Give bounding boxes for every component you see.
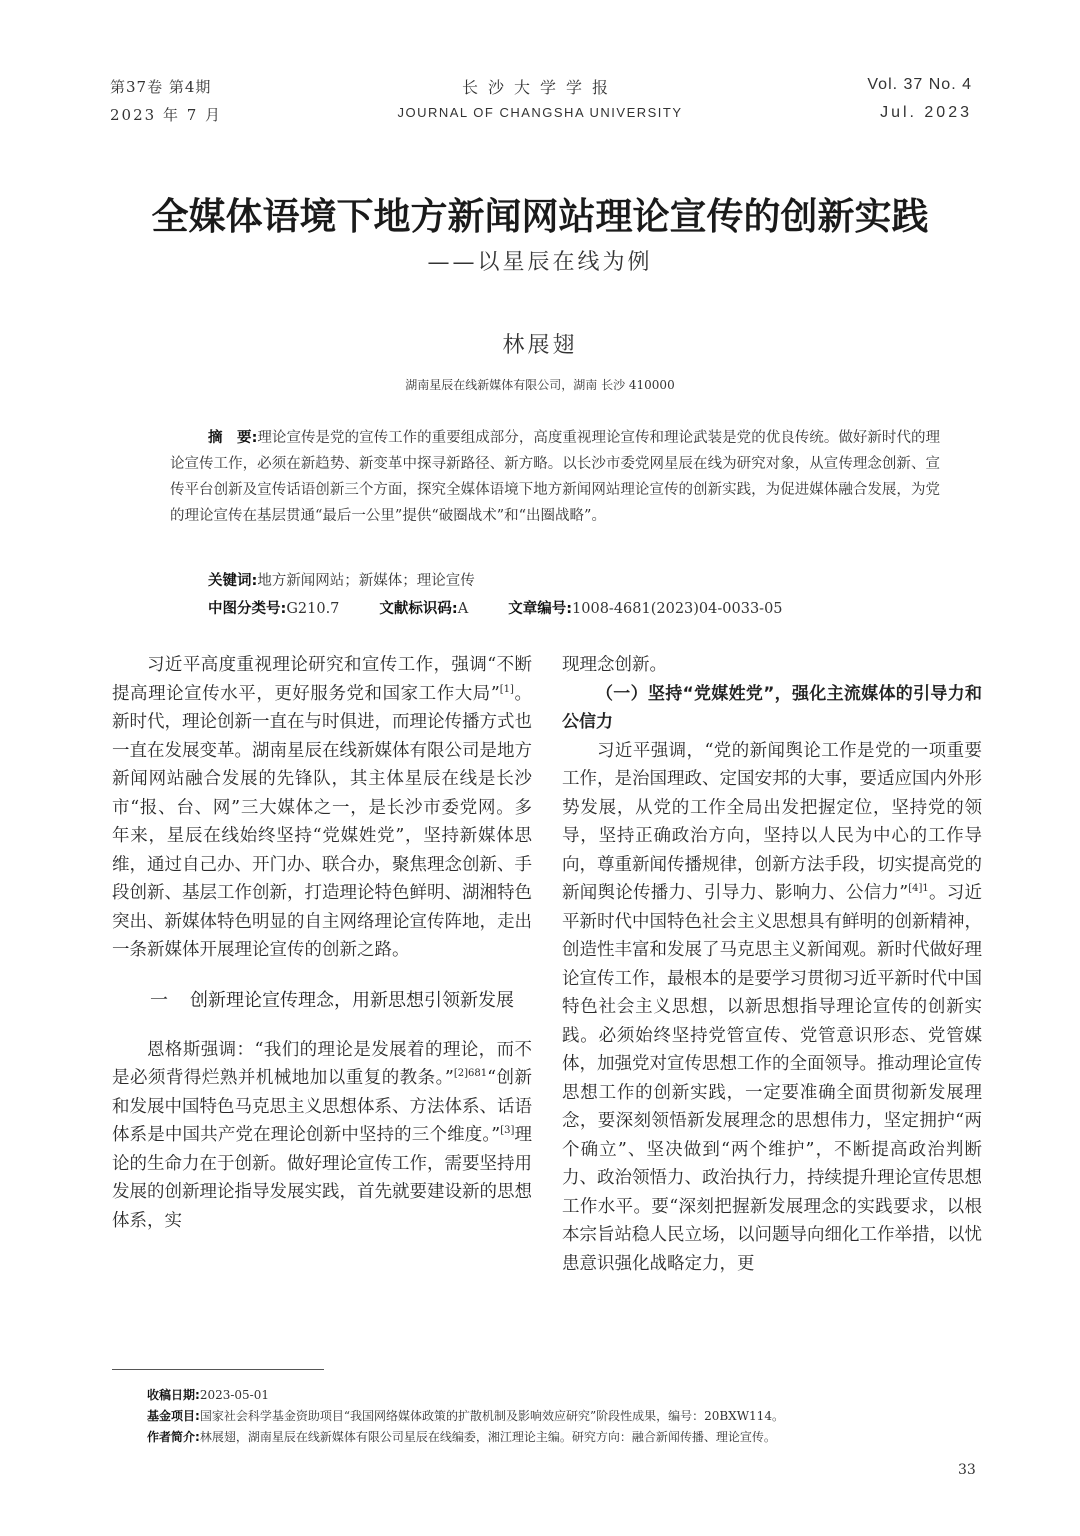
abstract-label: 摘 要: bbox=[208, 430, 257, 446]
received-date: 收稿日期:2023-05-01 bbox=[147, 1385, 784, 1406]
article-subtitle: ——以星辰在线为例 bbox=[0, 245, 1080, 276]
fund-project: 基金项目:国家社会科学基金资助项目“我国网络媒体政策的扩散机制及影响效应研究”阶… bbox=[147, 1406, 784, 1427]
citation: [1] bbox=[500, 684, 514, 695]
clc-label: 中图分类号: bbox=[208, 601, 286, 617]
header-volume-en: Vol. 37 No. 4 bbox=[867, 76, 972, 94]
page-number: 33 bbox=[958, 1462, 976, 1478]
header-date-en: Jul. 2023 bbox=[880, 104, 972, 122]
citation: [2]681 bbox=[454, 1068, 487, 1079]
article-no-value: 1008-4681(2023)04-0033-05 bbox=[572, 601, 783, 617]
body-column-right: 现理念创新。 （一）坚持“党媒姓党”，强化主流媒体的引导力和公信力 习近平强调，… bbox=[562, 651, 982, 1278]
footnotes: 收稿日期:2023-05-01 基金项目:国家社会科学基金资助项目“我国网络媒体… bbox=[147, 1385, 784, 1448]
classification-line: 中图分类号:G210.7文献标识码:A文章编号:1008-4681(2023)0… bbox=[208, 597, 783, 618]
author-bio: 作者简介:林展翅，湖南星辰在线新媒体有限公司星辰在线编委，湘江理论主编。研究方向… bbox=[147, 1427, 784, 1448]
author-name: 林展翅 bbox=[0, 328, 1080, 359]
keywords: 关键词:地方新闻网站；新媒体；理论宣传 bbox=[208, 569, 475, 590]
paragraph: 习近平高度重视理论研究和宣传工作，强调“不断提高理论宣传水平，更好服务党和国家工… bbox=[112, 651, 532, 965]
doc-code-label: 文献标识码: bbox=[379, 601, 457, 617]
subsection-heading: （一）坚持“党媒姓党”，强化主流媒体的引导力和公信力 bbox=[562, 680, 982, 737]
article-title: 全媒体语境下地方新闻网站理论宣传的创新实践 bbox=[0, 186, 1080, 240]
author-affiliation: 湖南星辰在线新媒体有限公司，湖南 长沙 410000 bbox=[0, 376, 1080, 393]
abstract-text: 理论宣传是党的宣传工作的重要组成部分，高度重视理论宣传和理论武装是党的优良传统。… bbox=[170, 430, 940, 524]
abstract: 摘 要:理论宣传是党的宣传工作的重要组成部分，高度重视理论宣传和理论武装是党的优… bbox=[170, 425, 940, 529]
footnote-divider bbox=[112, 1369, 324, 1370]
section-heading: 一 创新理论宣传理念，用新思想引领新发展 bbox=[112, 986, 532, 1016]
clc-value: G210.7 bbox=[286, 601, 339, 617]
keywords-label: 关键词: bbox=[208, 573, 257, 589]
doc-code-value: A bbox=[458, 601, 468, 617]
citation: [4]1 bbox=[908, 883, 929, 894]
keywords-text: 地方新闻网站；新媒体；理论宣传 bbox=[257, 573, 475, 589]
section-number: 一 bbox=[150, 986, 190, 1016]
paragraph-continuation: 现理念创新。 bbox=[562, 651, 982, 680]
article-no-label: 文章编号: bbox=[508, 601, 572, 617]
paragraph: 恩格斯强调：“我们的理论是发展着的理论，而不是必须背得烂熟并机械地加以重复的教条… bbox=[112, 1036, 532, 1236]
citation: [3] bbox=[500, 1125, 514, 1136]
section-title: 创新理论宣传理念，用新思想引领新发展 bbox=[190, 986, 514, 1016]
body-column-left: 习近平高度重视理论研究和宣传工作，强调“不断提高理论宣传水平，更好服务党和国家工… bbox=[112, 651, 532, 1235]
paragraph: 习近平强调，“党的新闻舆论工作是党的一项重要工作，是治国理政、定国安邦的大事，要… bbox=[562, 737, 982, 1279]
